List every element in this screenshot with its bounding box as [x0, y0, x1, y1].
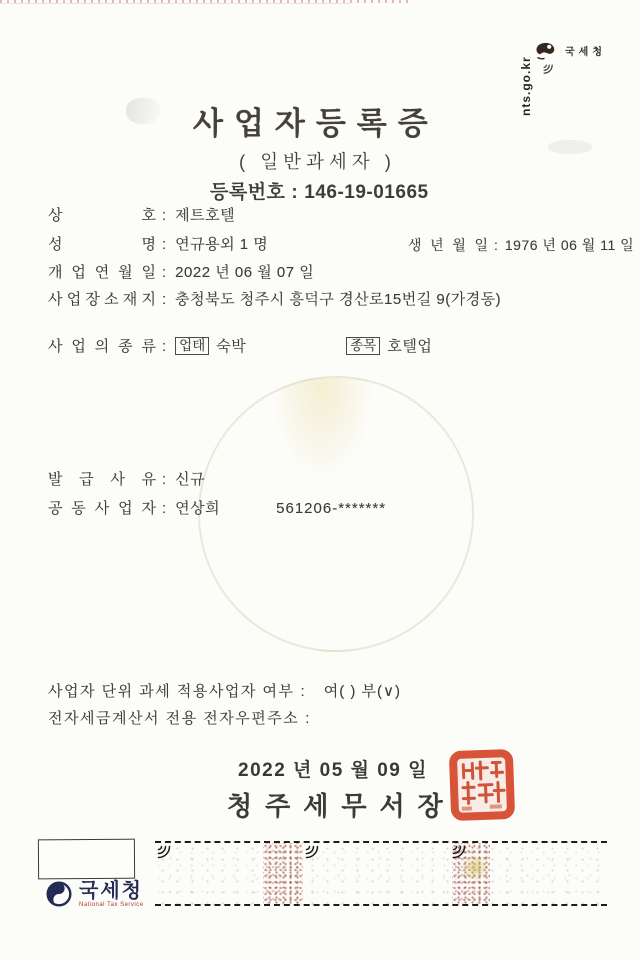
colon-separator: : [162, 206, 166, 226]
agency-name: 국세청 [79, 881, 144, 902]
guilloche-spiral-icon [305, 845, 320, 860]
guilloche-spiral-icon [452, 845, 467, 860]
blank-field-box [38, 839, 135, 880]
colon-separator: : [162, 470, 166, 490]
scan-smudge [126, 98, 160, 124]
colon-separator: : [494, 235, 498, 255]
joint-owner-name: 연상희 [175, 500, 220, 517]
registration-number-line: 등록번호:146-19-01665 [210, 177, 429, 204]
guilloche-spiral-icon [157, 845, 172, 860]
field-row-issue-reason: 발급사유:신규 [48, 470, 608, 490]
taxpayer-type-subtitle: ( 일반과세자 ) [239, 148, 396, 174]
owner-name-value: 연규용외 1 명 [175, 236, 268, 253]
field-label: 공동사업자 [48, 499, 156, 519]
field-label: 사업의종류 [48, 337, 156, 357]
field-row-joint-owner: 공동사업자:연상희561206-******* [48, 499, 608, 519]
trade-name-value: 제트호텔 [175, 207, 235, 224]
field-birth-date: 생년월일:1976 년 06 월 11 일 [408, 235, 634, 255]
issue-reason-value: 신규 [175, 471, 205, 488]
business-type-value: 숙박 [216, 338, 246, 355]
nts-stamp-icon [533, 41, 559, 63]
field-row-business-kind: 사업의종류:업태숙박종목호텔업 [48, 337, 608, 357]
opening-date-value: 2022 년 06 월 07 일 [175, 264, 314, 281]
nts-logo-icon [46, 881, 72, 907]
colon-separator: : [162, 499, 166, 519]
security-speckle-band [263, 843, 303, 904]
field-label: 성명 [48, 235, 156, 255]
colon-separator: : [162, 235, 166, 255]
field-row-address: 사업장소재지:충청북도 청주시 흥덕구 경산로15번길 9(가경동) [48, 290, 608, 310]
field-row-unit-taxation: 사업자 단위 과세 적용사업자 여부:여( ) 부(∨) [48, 682, 608, 702]
field-row-opening-date: 개업연월일:2022 년 06 월 07 일 [48, 263, 608, 283]
colon-separator: : [162, 263, 166, 283]
business-item-value: 호텔업 [387, 338, 432, 355]
certificate-title: 사업자등록증 [193, 98, 439, 143]
scan-smudge [548, 140, 592, 154]
colon-separator: : [162, 337, 166, 357]
nts-corner-mark: 국세청 nts.go.kr [519, 38, 619, 128]
field-label: 발급사유 [48, 470, 156, 490]
colon-separator: : [301, 682, 305, 702]
unit-taxation-value: 여( ) 부(∨) [324, 683, 401, 700]
field-label: 상호 [48, 206, 156, 226]
field-label: 사업장소재지 [48, 290, 156, 310]
agency-name-english: National Tax Service [79, 902, 144, 908]
field-row-trade-name: 상호:제트호텔 [48, 206, 608, 226]
certificate-page: 국세청 nts.go.kr 사업자등록증 ( 일반과세자 ) 등록번호:146-… [0, 0, 640, 960]
birth-date-value: 1976 년 06 월 11 일 [505, 237, 634, 253]
field-label: 개업연월일 [48, 263, 156, 283]
official-seal-icon [448, 748, 516, 822]
business-item-tag: 종목 [346, 337, 380, 355]
corner-agency-label: 국세청 [565, 43, 606, 58]
colon-separator: : [162, 290, 166, 310]
address-value: 충청북도 청주시 흥덕구 경산로15번길 9(가경동) [175, 291, 501, 308]
corner-url-label: nts.go.kr [519, 64, 533, 116]
business-type-tag: 업태 [175, 337, 209, 355]
issue-date: 2022 년 05 월 09 일 [238, 755, 428, 782]
field-label: 사업자 단위 과세 적용사업자 여부 [48, 683, 295, 700]
issuer-title: 청주세무서장 [227, 786, 456, 823]
scan-artifact-line [0, 3, 350, 4]
colon-separator: : [291, 182, 298, 203]
field-label: 전자세금계산서 전용 전자우편주소 [48, 710, 299, 727]
colon-separator: : [305, 709, 309, 729]
nts-footer-logo: 국세청 National Tax Service [46, 881, 144, 908]
registration-number-value: 146-19-01665 [304, 182, 428, 203]
registration-number-label: 등록번호 [210, 182, 285, 203]
security-guilloche-strip [155, 841, 607, 906]
field-row-etax-email: 전자세금계산서 전용 전자우편주소: [48, 709, 608, 729]
joint-owner-masked-id: 561206-******* [276, 500, 386, 517]
field-row-owner-name: 성명:연규용외 1 명 생년월일:1976 년 06 월 11 일 [48, 235, 608, 255]
field-label: 생년월일 [408, 235, 488, 255]
guilloche-spiral-icon [543, 64, 554, 75]
